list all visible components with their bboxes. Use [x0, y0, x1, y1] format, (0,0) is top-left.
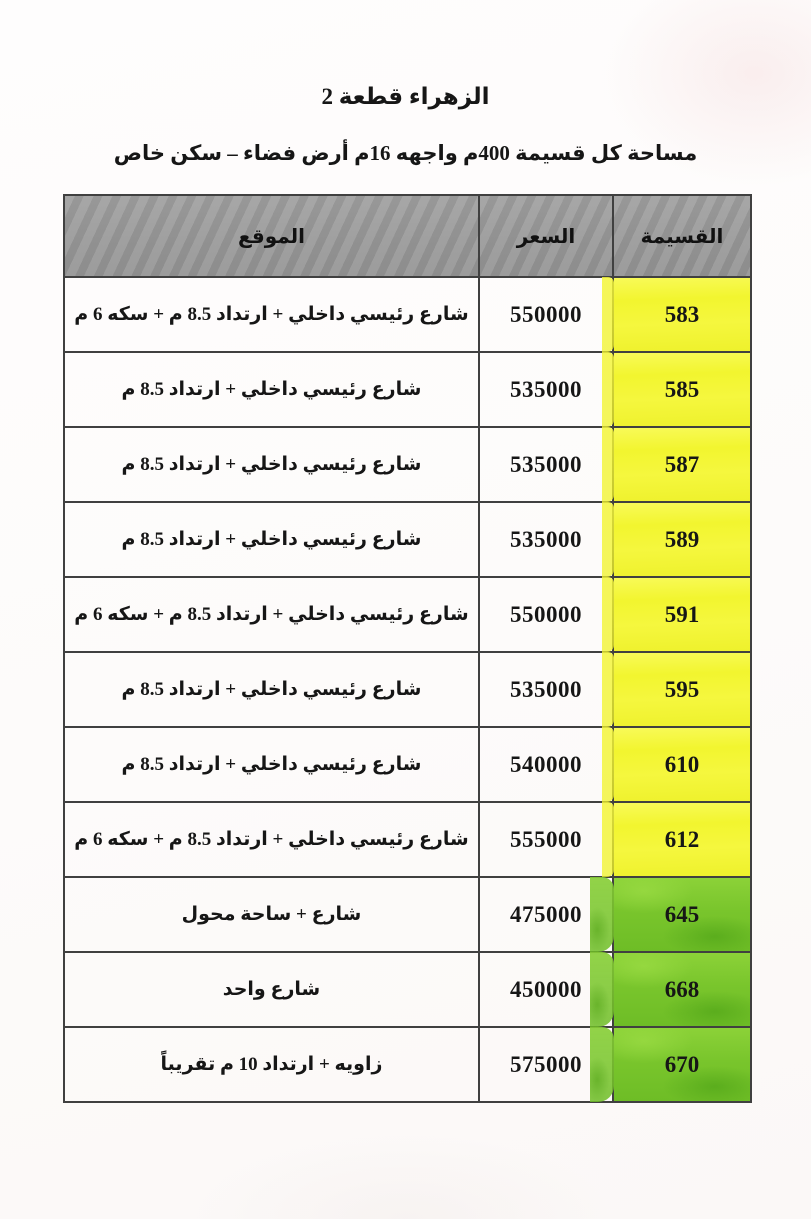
location-cell: شارع رئيسي داخلي + ارتداد 8.5 م + سكه 6 …	[64, 277, 479, 352]
plot-number: 645	[665, 902, 700, 927]
location-cell: زاويه + ارتداد 10 م تقريباً	[64, 1027, 479, 1102]
plot-number: 585	[665, 377, 700, 402]
price-cell: 550000	[479, 577, 613, 652]
table-row: 589 535000 شارع رئيسي داخلي + ارتداد 8.5…	[64, 502, 751, 577]
plot-cell: 587	[613, 427, 751, 502]
plot-cell: 595	[613, 652, 751, 727]
plot-cell: 645	[613, 877, 751, 952]
plot-number: 668	[665, 977, 700, 1002]
plot-cell: 591	[613, 577, 751, 652]
price-cell: 535000	[479, 427, 613, 502]
page-subtitle: مساحة كل قسيمة 400م واجهه 16م أرض فضاء –…	[0, 141, 811, 166]
table-row: 612 555000 شارع رئيسي داخلي + ارتداد 8.5…	[64, 802, 751, 877]
plot-number: 587	[665, 452, 700, 477]
plot-number: 595	[665, 677, 700, 702]
table-row: 668 450000 شارع واحد	[64, 952, 751, 1027]
plot-cell: 583	[613, 277, 751, 352]
location-cell: شارع رئيسي داخلي + ارتداد 8.5 م + سكه 6 …	[64, 802, 479, 877]
table-row: 595 535000 شارع رئيسي داخلي + ارتداد 8.5…	[64, 652, 751, 727]
plots-price-table: القسيمة السعر الموقع 583 550000 شارع رئي…	[63, 194, 752, 1103]
price-cell: 450000	[479, 952, 613, 1027]
price-cell: 475000	[479, 877, 613, 952]
price-cell: 535000	[479, 502, 613, 577]
plot-number: 610	[665, 752, 700, 777]
table-row: 670 575000 زاويه + ارتداد 10 م تقريباً	[64, 1027, 751, 1102]
price-cell: 550000	[479, 277, 613, 352]
plot-cell: 668	[613, 952, 751, 1027]
price-cell: 540000	[479, 727, 613, 802]
scanned-document-page: الزهراء قطعة 2 مساحة كل قسيمة 400م واجهه…	[0, 0, 811, 1219]
location-cell: شارع رئيسي داخلي + ارتداد 8.5 م	[64, 652, 479, 727]
header-cell-location: الموقع	[64, 195, 479, 277]
plot-cell: 589	[613, 502, 751, 577]
price-cell: 555000	[479, 802, 613, 877]
plot-cell: 612	[613, 802, 751, 877]
page-title: الزهراء قطعة 2	[0, 84, 811, 110]
plot-number: 612	[665, 827, 700, 852]
plot-number: 591	[665, 602, 700, 627]
plot-cell: 670	[613, 1027, 751, 1102]
header-cell-price: السعر	[479, 195, 613, 277]
header-cell-plot: القسيمة	[613, 195, 751, 277]
table-row: 583 550000 شارع رئيسي داخلي + ارتداد 8.5…	[64, 277, 751, 352]
price-cell: 535000	[479, 652, 613, 727]
plot-cell: 610	[613, 727, 751, 802]
location-cell: شارع رئيسي داخلي + ارتداد 8.5 م	[64, 502, 479, 577]
price-cell: 575000	[479, 1027, 613, 1102]
location-cell: شارع رئيسي داخلي + ارتداد 8.5 م	[64, 727, 479, 802]
location-cell: شارع + ساحة محول	[64, 877, 479, 952]
table-row: 610 540000 شارع رئيسي داخلي + ارتداد 8.5…	[64, 727, 751, 802]
table-header-row: القسيمة السعر الموقع	[64, 195, 751, 277]
location-cell: شارع واحد	[64, 952, 479, 1027]
location-cell: شارع رئيسي داخلي + ارتداد 8.5 م	[64, 352, 479, 427]
plot-number: 583	[665, 302, 700, 327]
location-cell: شارع رئيسي داخلي + ارتداد 8.5 م + سكه 6 …	[64, 577, 479, 652]
table-row: 591 550000 شارع رئيسي داخلي + ارتداد 8.5…	[64, 577, 751, 652]
table-row: 645 475000 شارع + ساحة محول	[64, 877, 751, 952]
plot-cell: 585	[613, 352, 751, 427]
plot-number: 670	[665, 1052, 700, 1077]
location-cell: شارع رئيسي داخلي + ارتداد 8.5 م	[64, 427, 479, 502]
table-row: 587 535000 شارع رئيسي داخلي + ارتداد 8.5…	[64, 427, 751, 502]
price-cell: 535000	[479, 352, 613, 427]
table-row: 585 535000 شارع رئيسي داخلي + ارتداد 8.5…	[64, 352, 751, 427]
plot-number: 589	[665, 527, 700, 552]
